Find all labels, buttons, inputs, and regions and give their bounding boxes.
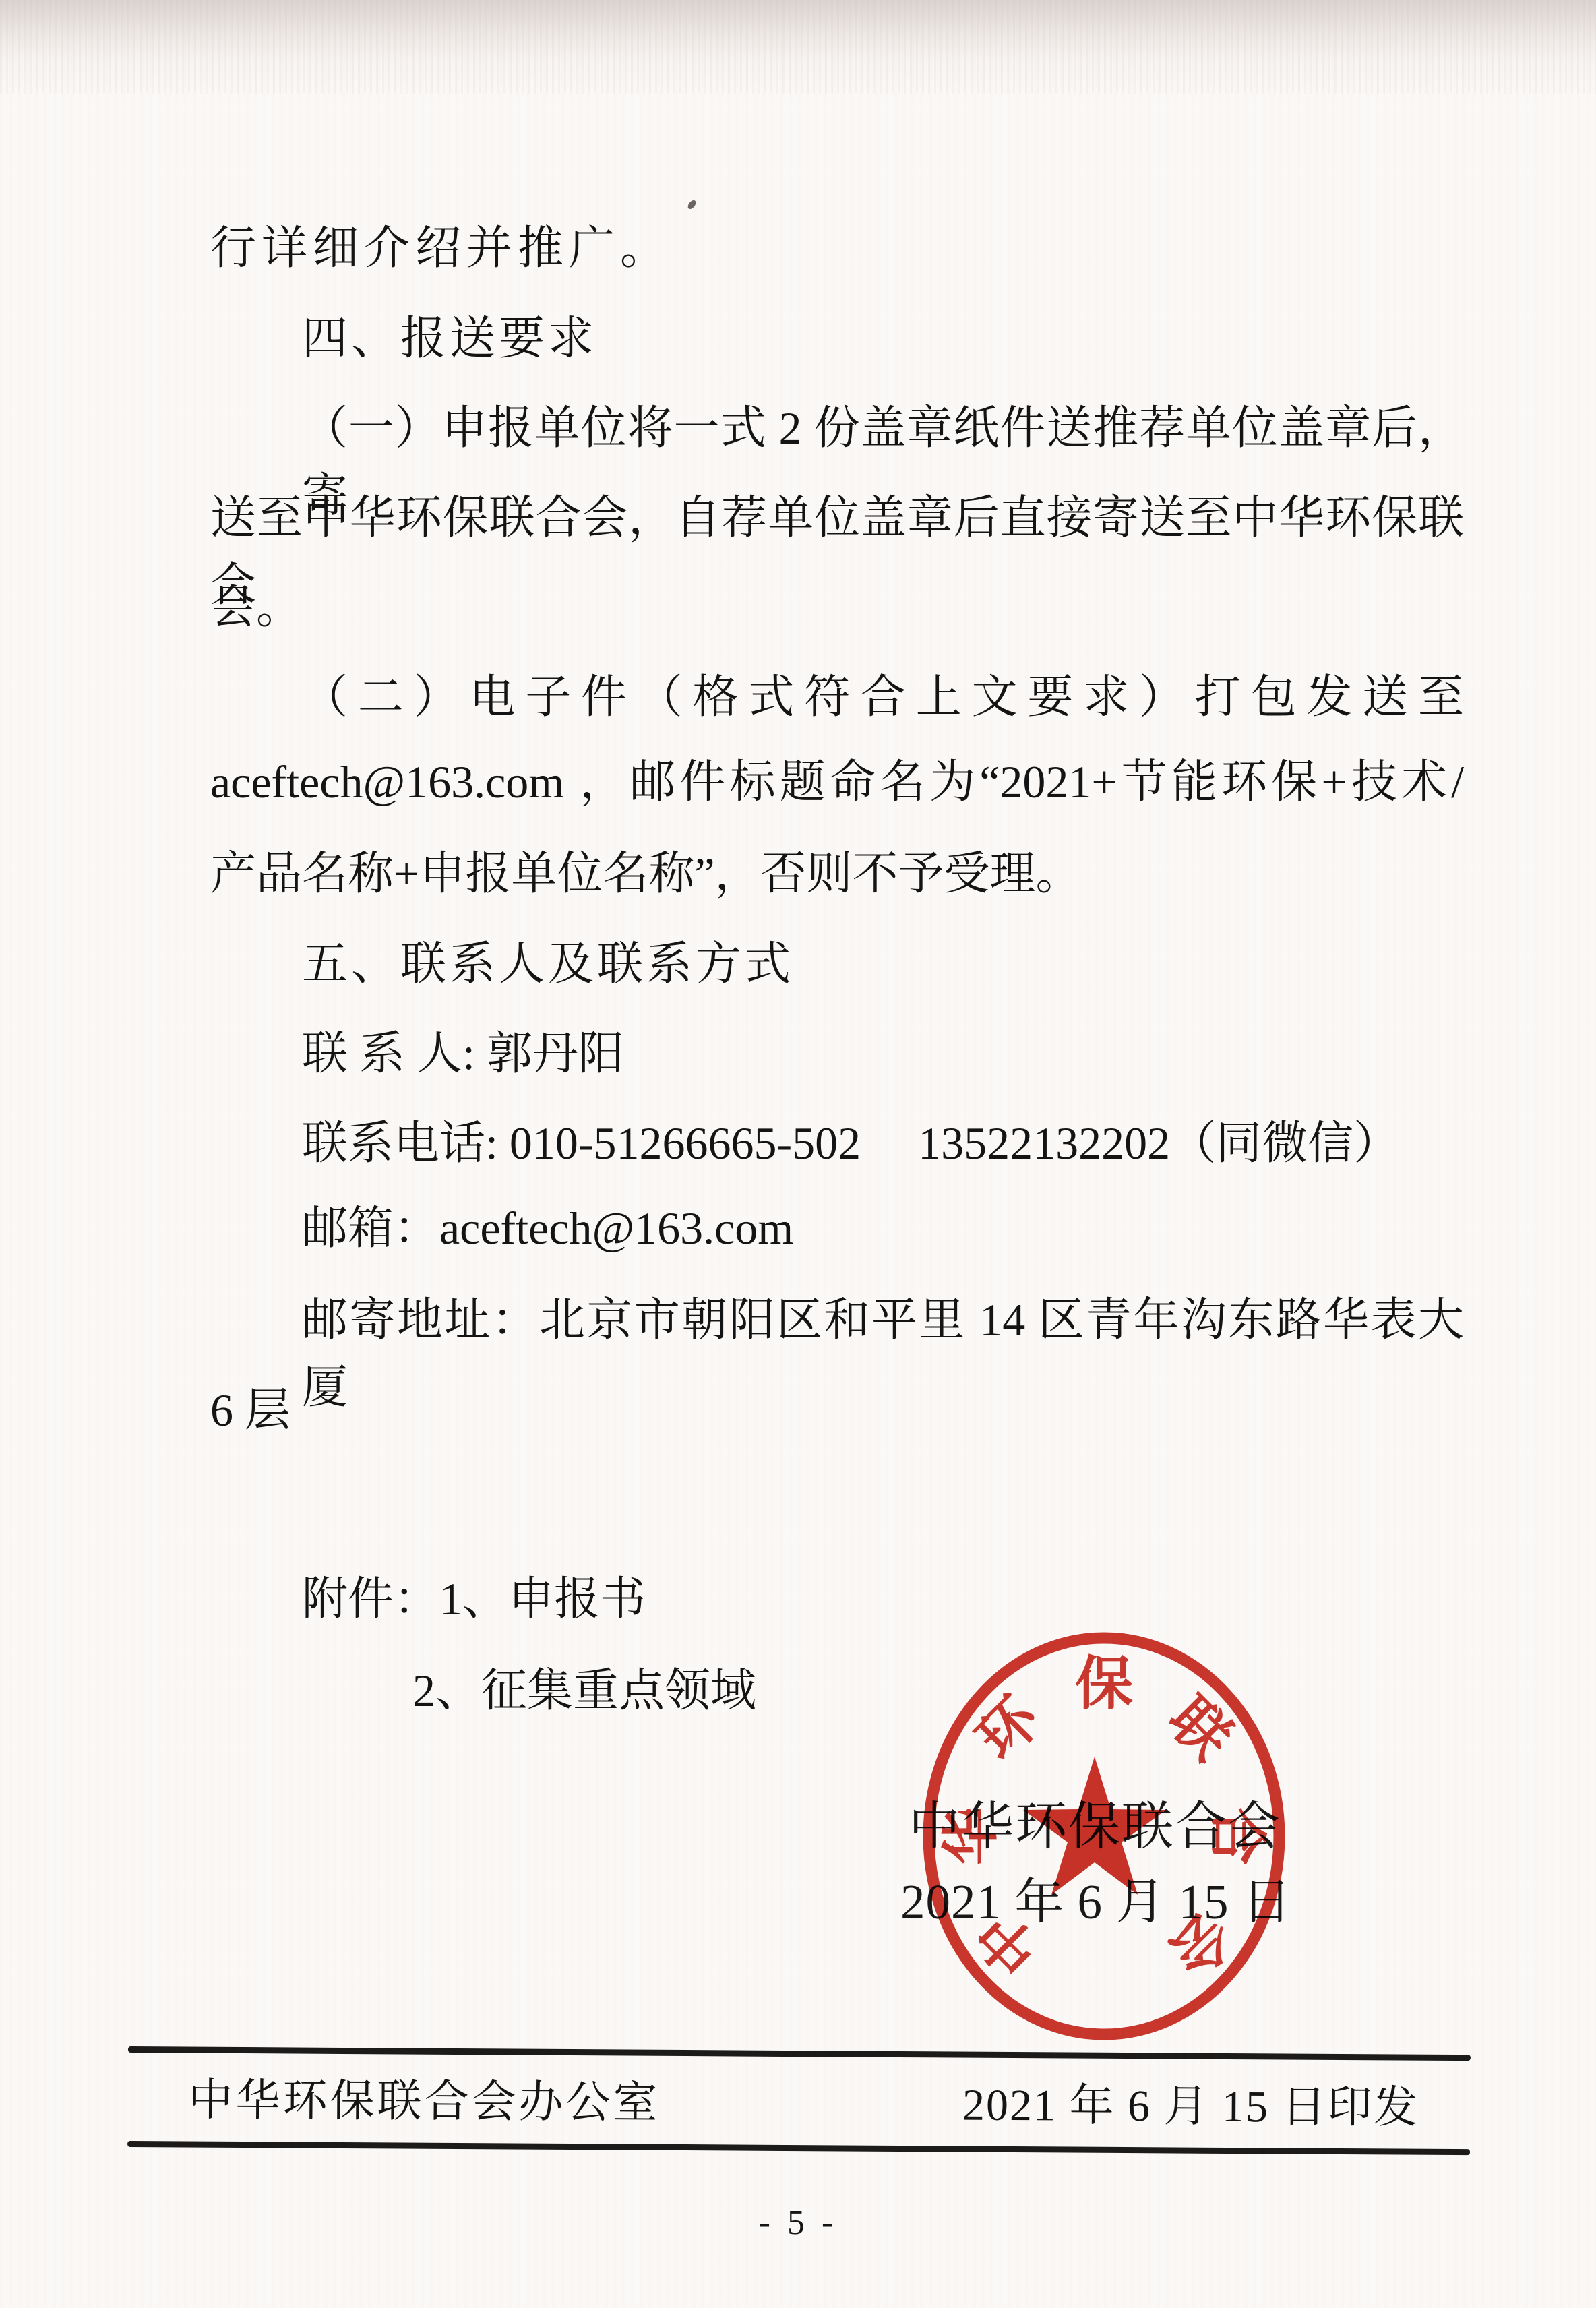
paragraph-line: 产品名称+申报单位名称”，否则不予受理。 (210, 840, 1464, 907)
contact-email-line: 邮箱：aceftech@163.com (210, 1194, 1464, 1262)
footer-rule-bottom (127, 2141, 1470, 2155)
contact-person-line: 联 系 人: 郭丹阳 (210, 1020, 1464, 1087)
official-seal-stamp: 中 华 环 保 联 合 会 (914, 1623, 1294, 2049)
contact-phone-line: 联系电话: 010-51266665-502 13522132202（同微信） (210, 1110, 1464, 1177)
paragraph-line: （二）电子件（格式符合上文要求）打包发送至 (210, 663, 1464, 731)
footer-issuing-office: 中华环保联合会办公室 (188, 2070, 661, 2135)
page-number: - 5 - (0, 2203, 1596, 2243)
paragraph-line: 行详细介绍并推广。 (210, 214, 1464, 282)
paragraph-line: 会。 (210, 574, 1464, 641)
seal-ring-char: 华 (939, 1807, 1004, 1865)
section-heading-4: 四、报送要求 (210, 305, 1464, 372)
seal-ring-char: 保 (1075, 1651, 1133, 1716)
paragraph-line-email: aceftech@163.com ，邮件标题命名为“2021+节能环保+技术/ (210, 748, 1464, 816)
scan-speck (686, 199, 697, 210)
scanned-document-page: 行详细介绍并推广。 四、报送要求 （一）申报单位将一式 2 份盖章纸件送推荐单位… (0, 0, 1596, 2308)
seal-star-icon (1023, 1757, 1166, 1895)
section-heading-5: 五、联系人及联系方式 (210, 930, 1464, 998)
seal-ring-char: 合 (1204, 1807, 1269, 1865)
footer-issue-date: 2021 年 6 月 15 日印发 (962, 2075, 1419, 2139)
attachment-item-1: 附件：1、申报书 (210, 1565, 1464, 1633)
mailing-address-line-2: 6 层 (210, 1376, 1464, 1444)
scan-artifact-top-band (0, 0, 1596, 94)
